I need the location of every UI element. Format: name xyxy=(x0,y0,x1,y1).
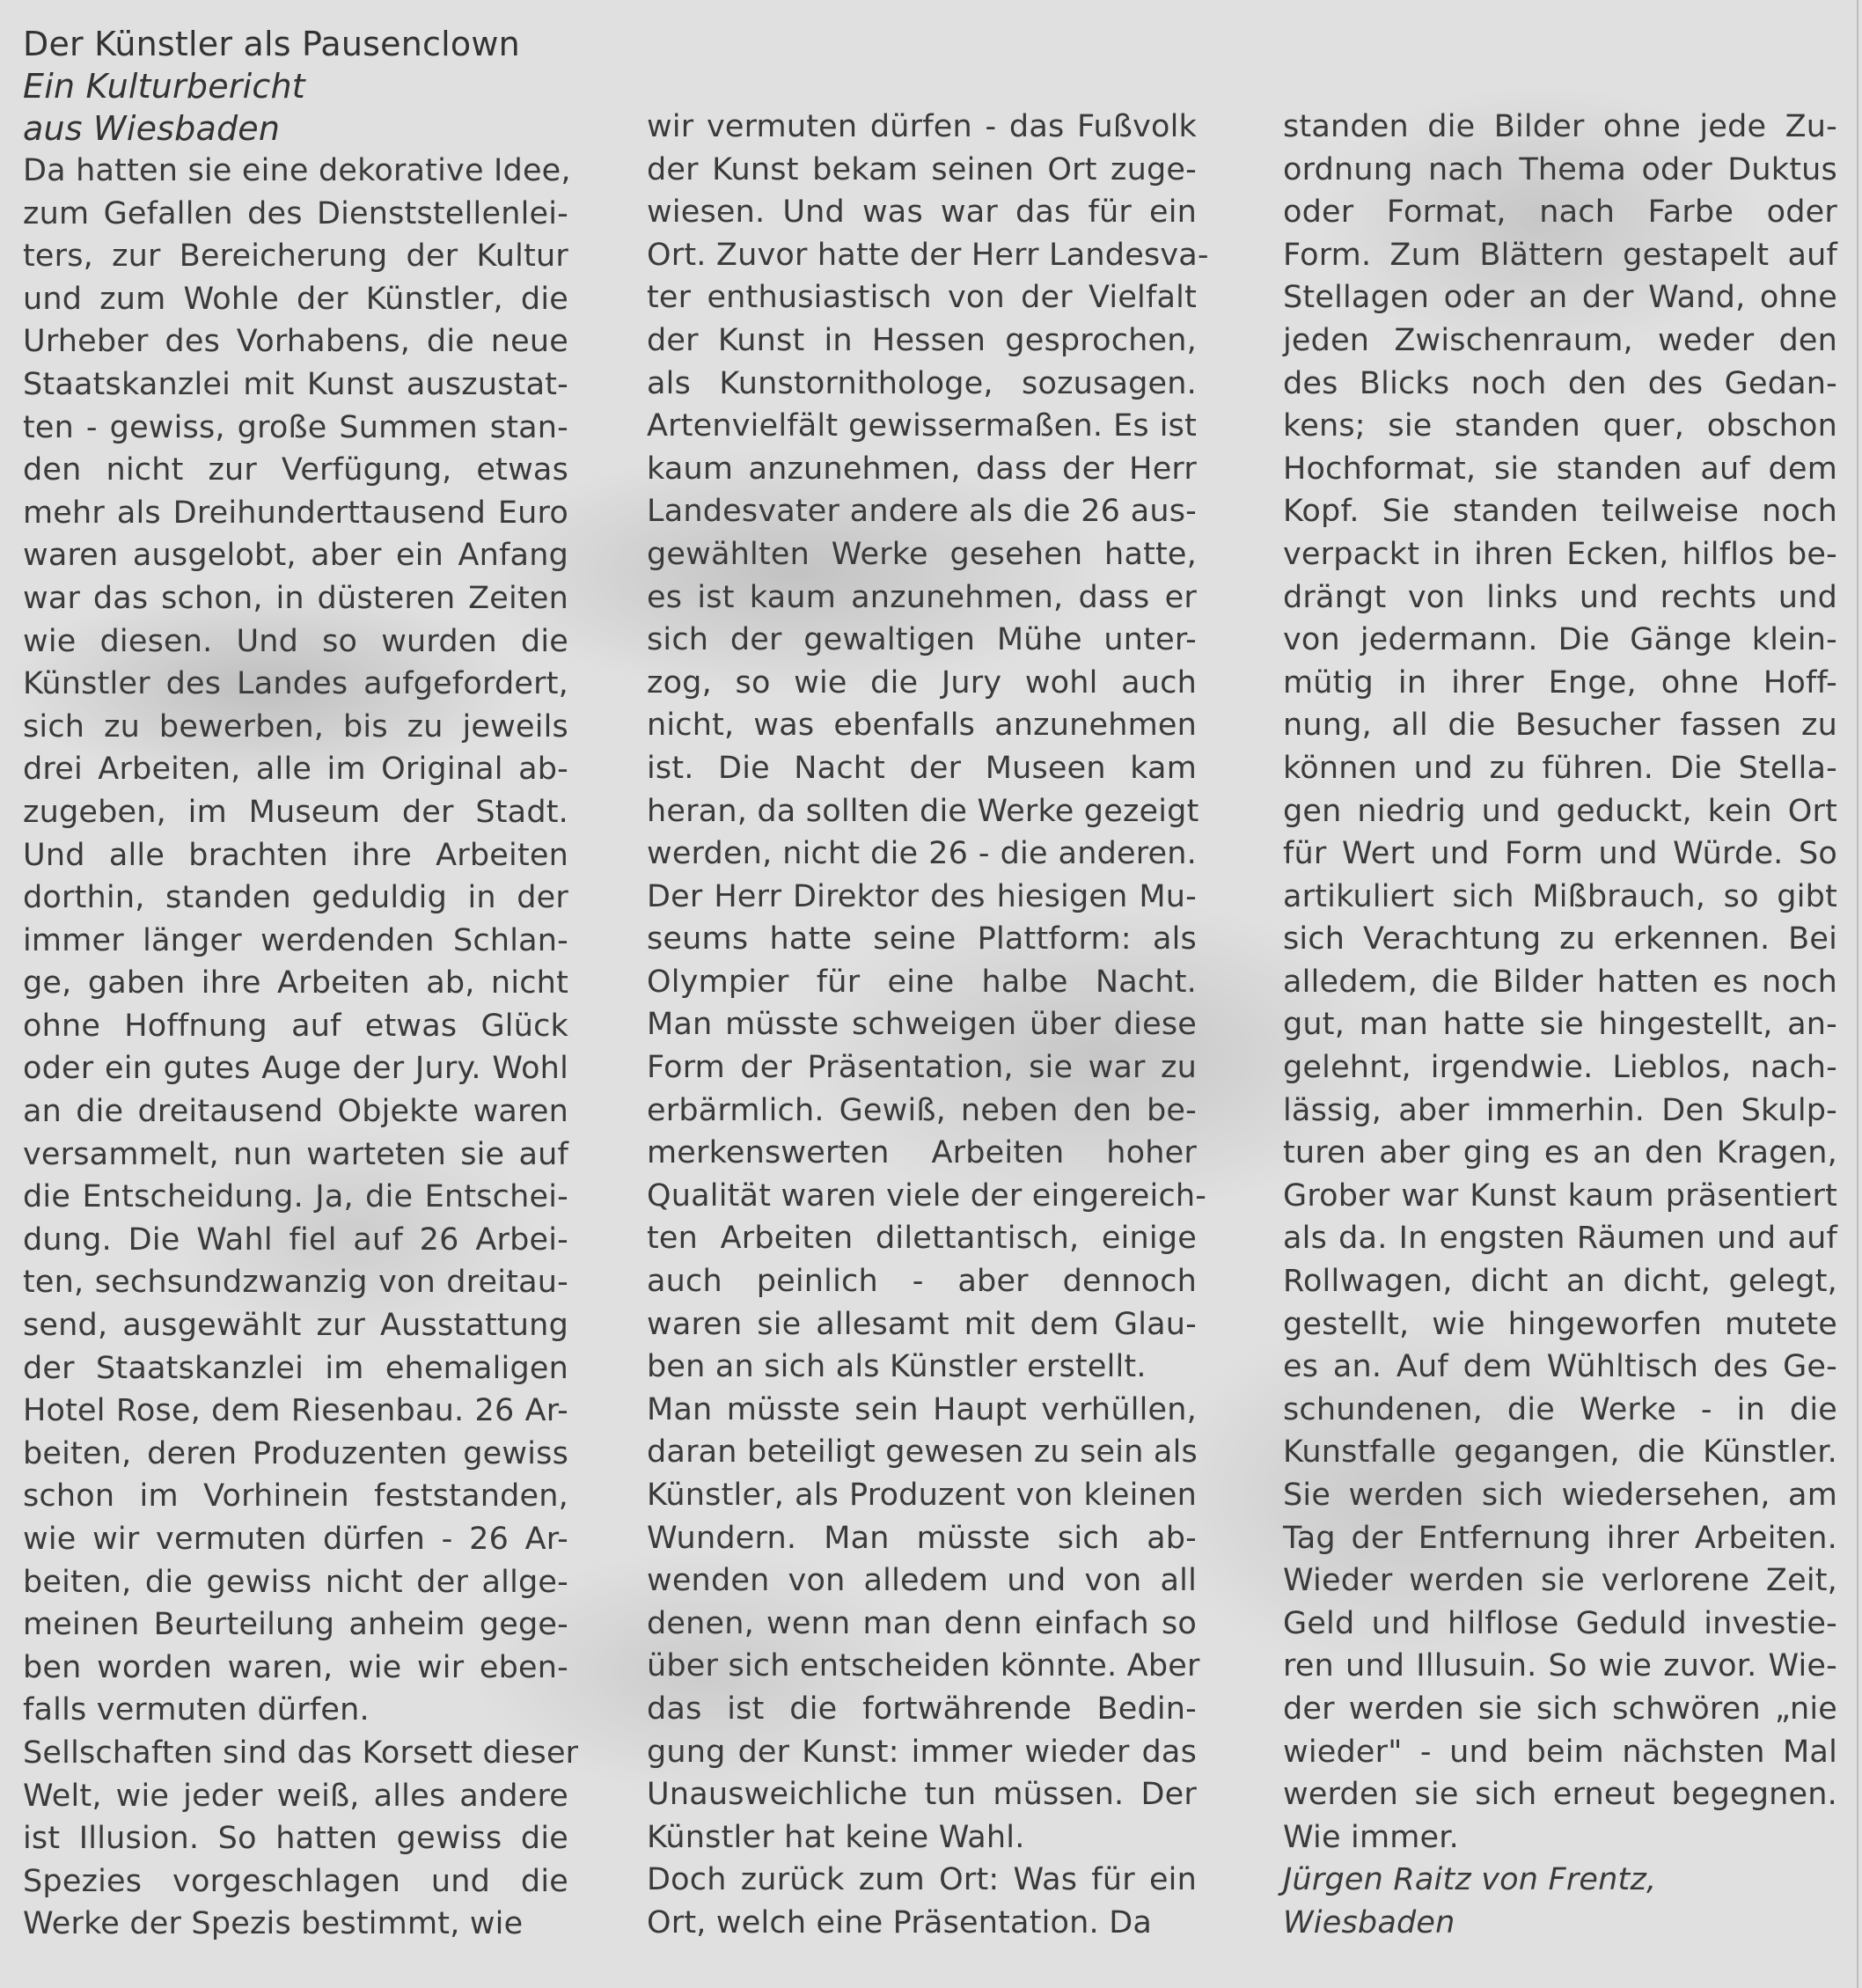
text-line: des Blicks noch den des Gedan- xyxy=(1283,363,1837,406)
text-line: gen niedrig und geduckt, kein Ort xyxy=(1283,790,1837,833)
text-line: Man müsste sein Haupt verhüllen, xyxy=(647,1389,1197,1432)
text-line: Der Herr Direktor des hiesigen Mu- xyxy=(647,876,1197,919)
text-line: von jedermann. Die Gänge klein- xyxy=(1283,619,1837,662)
text-line: daran beteiligt gewesen zu sein als xyxy=(647,1431,1197,1474)
text-line: an die dreitausend Objekte waren xyxy=(23,1090,568,1133)
text-line: send, ausgewählt zur Ausstattung xyxy=(23,1304,568,1347)
text-line: waren ausgelobt, aber ein Anfang xyxy=(23,534,568,577)
text-line: Ort, welch eine Präsentation. Da xyxy=(647,1902,1197,1945)
text-line: als da. In engsten Räumen und auf xyxy=(1283,1217,1837,1260)
text-line: Da hatten sie eine dekorative Idee, xyxy=(23,150,568,193)
author-location: Wiesbaden xyxy=(1283,1902,1837,1945)
text-line: gestellt, wie hingeworfen mutete xyxy=(1283,1303,1837,1346)
text-line: Doch zurück zum Ort: Was für ein xyxy=(647,1859,1197,1902)
text-line: Geld und hilflose Geduld investie- xyxy=(1283,1603,1837,1646)
text-line: ten Arbeiten dilettantisch, einige xyxy=(647,1217,1197,1260)
author-signature: Jürgen Raitz von Frentz, xyxy=(1283,1859,1837,1902)
text-line: ren und Illusuin. So wie zuvor. Wie- xyxy=(1283,1645,1837,1688)
text-line: standen die Bilder ohne jede Zu- xyxy=(1283,106,1837,149)
text-line: sich der gewaltigen Mühe unter- xyxy=(647,619,1197,662)
text-line: wir vermuten dürfen - das Fußvolk xyxy=(647,106,1197,149)
text-line: Kunstfalle gegangen, die Künstler. xyxy=(1283,1431,1837,1474)
text-line: Form der Präsentation, sie war zu xyxy=(647,1046,1197,1089)
text-line: können und zu führen. Die Stella- xyxy=(1283,747,1837,790)
text-line: Spezies vorgeschlagen und die xyxy=(23,1860,568,1904)
text-line: Tag der Entfernung ihrer Arbeiten. xyxy=(1283,1517,1837,1560)
text-line: für Wert und Form und Würde. So xyxy=(1283,833,1837,876)
article-title: Der Künstler als Pausenclown xyxy=(23,23,568,65)
text-line: sich zu bewerben, bis zu jeweils xyxy=(23,706,568,749)
text-line: Künstler hat keine Wahl. xyxy=(647,1816,1197,1860)
text-line: heran, da sollten die Werke gezeigt xyxy=(647,790,1197,833)
text-line: der Staatskanzlei im ehemaligen xyxy=(23,1347,568,1390)
text-line: Sellschaften sind das Korsett dieser xyxy=(23,1732,568,1775)
text-line: Werke der Spezis bestimmt, wie xyxy=(23,1903,568,1946)
text-line: turen aber ging es an den Kragen, xyxy=(1283,1132,1837,1175)
text-line: über sich entscheiden könnte. Aber xyxy=(647,1645,1197,1688)
text-line: Landesvater andere als die 26 aus- xyxy=(647,490,1197,533)
text-line: ordnung nach Thema oder Duktus xyxy=(1283,149,1837,192)
text-line: drängt von links und rechts und xyxy=(1283,576,1837,620)
text-line: Unausweichliche tun müssen. Der xyxy=(647,1773,1197,1816)
text-line: artikuliert sich Mißbrauch, so gibt xyxy=(1283,876,1837,919)
text-line: oder Format, nach Farbe oder xyxy=(1283,191,1837,234)
article-column-1: Der Künstler als Pausenclown Ein Kulturb… xyxy=(23,23,568,1946)
text-line: Stellagen oder an der Wand, ohne xyxy=(1283,276,1837,319)
text-line: kens; sie standen quer, obschon xyxy=(1283,405,1837,448)
text-line: meinen Beurteilung anheim gege- xyxy=(23,1603,568,1647)
text-line: kaum anzunehmen, dass der Herr xyxy=(647,448,1197,491)
text-line: war das schon, in düsteren Zeiten xyxy=(23,577,568,620)
text-line: ben worden waren, wie wir eben- xyxy=(23,1647,568,1690)
text-line: immer länger werdenden Schlan- xyxy=(23,920,568,963)
text-line: gut, man hatte sie hingestellt, an- xyxy=(1283,1003,1837,1046)
text-line: ist Illusion. So hatten gewiss die xyxy=(23,1817,568,1860)
text-line: ters, zur Bereicherung der Kultur xyxy=(23,235,568,278)
text-line: Ort. Zuvor hatte der Herr Landesva- xyxy=(647,234,1197,277)
text-line: ge, gaben ihre Arbeiten ab, nicht xyxy=(23,962,568,1005)
text-line: ben an sich als Künstler erstellt. xyxy=(647,1346,1197,1389)
text-line: ohne Hoffnung auf etwas Glück xyxy=(23,1005,568,1048)
text-line: Welt, wie jeder weiß, alles andere xyxy=(23,1775,568,1818)
text-line: und zum Wohle der Künstler, die xyxy=(23,278,568,321)
text-line: als Kunstornithologe, sozusagen. xyxy=(647,363,1197,406)
text-line: Hochformat, sie standen auf dem xyxy=(1283,448,1837,491)
text-line: gung der Kunst: immer wieder das xyxy=(647,1731,1197,1774)
text-line: Urheber des Vorhabens, die neue xyxy=(23,320,568,363)
text-line: gelehnt, irgendwie. Lieblos, nach- xyxy=(1283,1046,1837,1089)
text-line: Olympier für eine halbe Nacht. xyxy=(647,961,1197,1004)
text-line: Artenvielfält gewissermaßen. Es ist xyxy=(647,405,1197,448)
text-line: waren sie allesamt mit dem Glau- xyxy=(647,1303,1197,1346)
text-line: jeden Zwischenraum, weder den xyxy=(1283,319,1837,363)
text-line: zugeben, im Museum der Stadt. xyxy=(23,791,568,834)
text-line: lässig, aber immerhin. Den Skulp- xyxy=(1283,1089,1837,1133)
text-line: Wieder werden sie verlorene Zeit, xyxy=(1283,1559,1837,1603)
text-line: auch peinlich - aber dennoch xyxy=(647,1260,1197,1303)
text-line: Grober war Kunst kaum präsentiert xyxy=(1283,1175,1837,1218)
text-line: merkenswerten Arbeiten hoher xyxy=(647,1132,1197,1175)
text-line: die Entscheidung. Ja, die Entschei- xyxy=(23,1176,568,1219)
text-line: mehr als Dreihunderttausend Euro xyxy=(23,492,568,535)
column-1-body: Da hatten sie eine dekorative Idee,zum G… xyxy=(23,150,568,1946)
text-line: ten, sechsundzwanzig von dreitau- xyxy=(23,1261,568,1304)
text-line: Sie werden sich wiedersehen, am xyxy=(1283,1474,1837,1517)
article-column-3: standen die Bilder ohne jede Zu-ordnung … xyxy=(1283,106,1837,1945)
text-line: nung, all die Besucher fassen zu xyxy=(1283,704,1837,747)
text-line: seums hatte seine Plattform: als xyxy=(647,918,1197,961)
text-line: wenden von alledem und von all xyxy=(647,1559,1197,1603)
text-line: ist. Die Nacht der Museen kam xyxy=(647,747,1197,790)
text-line: der werden sie sich schwören „nie xyxy=(1283,1688,1837,1731)
text-line: schon im Vorhinein feststanden, xyxy=(23,1475,568,1518)
column-2-body: wir vermuten dürfen - das Fußvolkder Kun… xyxy=(647,106,1197,1945)
text-line: verpackt in ihren Ecken, hilflos be- xyxy=(1283,533,1837,576)
page-edge xyxy=(1857,0,1858,1988)
text-line: erbärmlich. Gewiß, neben den be- xyxy=(647,1089,1197,1133)
text-line: wie diesen. Und so wurden die xyxy=(23,620,568,664)
text-line: werden sie sich erneut begegnen. xyxy=(1283,1773,1837,1816)
text-line: ten - gewiss, große Summen stan- xyxy=(23,407,568,450)
text-line: ter enthusiastisch von der Vielfalt xyxy=(647,276,1197,319)
text-line: Qualität waren viele der eingereich- xyxy=(647,1175,1197,1218)
text-line: Wundern. Man müsste sich ab- xyxy=(647,1517,1197,1560)
text-line: Wie immer. xyxy=(1283,1816,1837,1860)
text-line: der Kunst bekam seinen Ort zuge- xyxy=(647,149,1197,192)
text-line: oder ein gutes Auge der Jury. Wohl xyxy=(23,1047,568,1090)
text-line: Hotel Rose, dem Riesenbau. 26 Ar- xyxy=(23,1390,568,1433)
text-line: beiten, die gewiss nicht der allge- xyxy=(23,1561,568,1604)
column-3-body: standen die Bilder ohne jede Zu-ordnung … xyxy=(1283,106,1837,1859)
text-line: das ist die fortwährende Bedin- xyxy=(647,1688,1197,1731)
text-line: zog, so wie die Jury wohl auch xyxy=(647,662,1197,705)
text-line: Staatskanzlei mit Kunst auszustat- xyxy=(23,363,568,407)
text-line: dorthin, standen geduldig in der xyxy=(23,877,568,920)
text-line: alledem, die Bilder hatten es noch xyxy=(1283,961,1837,1004)
text-line: Kopf. Sie standen teilweise noch xyxy=(1283,490,1837,533)
text-line: beiten, deren Produzenten gewiss xyxy=(23,1433,568,1476)
article-subtitle-line-1: Ein Kulturbericht xyxy=(23,65,568,107)
text-line: Man müsste schweigen über diese xyxy=(647,1003,1197,1046)
text-line: denen, wenn man denn einfach so xyxy=(647,1603,1197,1646)
text-line: gewählten Werke gesehen hatte, xyxy=(647,533,1197,576)
text-line: Und alle brachten ihre Arbeiten xyxy=(23,834,568,877)
text-line: versammelt, nun warteten sie auf xyxy=(23,1133,568,1177)
text-line: der Kunst in Hessen gesprochen, xyxy=(647,319,1197,363)
text-line: mütig in ihrer Enge, ohne Hoff- xyxy=(1283,662,1837,705)
text-line: Künstler, als Produzent von kleinen xyxy=(647,1474,1197,1517)
text-line: Form. Zum Blättern gestapelt auf xyxy=(1283,234,1837,277)
text-line: nicht, was ebenfalls anzunehmen xyxy=(647,704,1197,747)
text-line: drei Arbeiten, alle im Original ab- xyxy=(23,748,568,791)
text-line: es an. Auf dem Wühltisch des Ge- xyxy=(1283,1346,1837,1389)
text-line: dung. Die Wahl fiel auf 26 Arbei- xyxy=(23,1219,568,1262)
text-line: wiesen. Und was war das für ein xyxy=(647,191,1197,234)
article-subtitle-line-2: aus Wiesbaden xyxy=(23,107,568,150)
text-line: werden, nicht die 26 - die anderen. xyxy=(647,833,1197,876)
text-line: wie wir vermuten dürfen - 26 Ar- xyxy=(23,1518,568,1561)
text-line: Künstler des Landes aufgefordert, xyxy=(23,663,568,706)
text-line: Rollwagen, dicht an dicht, gelegt, xyxy=(1283,1260,1837,1303)
text-line: falls vermuten dürfen. xyxy=(23,1689,568,1732)
text-line: zum Gefallen des Dienststellenlei- xyxy=(23,193,568,236)
text-line: sich Verachtung zu erkennen. Bei xyxy=(1283,918,1837,961)
article-column-2: wir vermuten dürfen - das Fußvolkder Kun… xyxy=(647,106,1197,1945)
text-line: schundenen, die Werke - in die xyxy=(1283,1389,1837,1432)
text-line: den nicht zur Verfügung, etwas xyxy=(23,449,568,492)
text-line: es ist kaum anzunehmen, dass er xyxy=(647,576,1197,620)
text-line: wieder" - und beim nächsten Mal xyxy=(1283,1731,1837,1774)
